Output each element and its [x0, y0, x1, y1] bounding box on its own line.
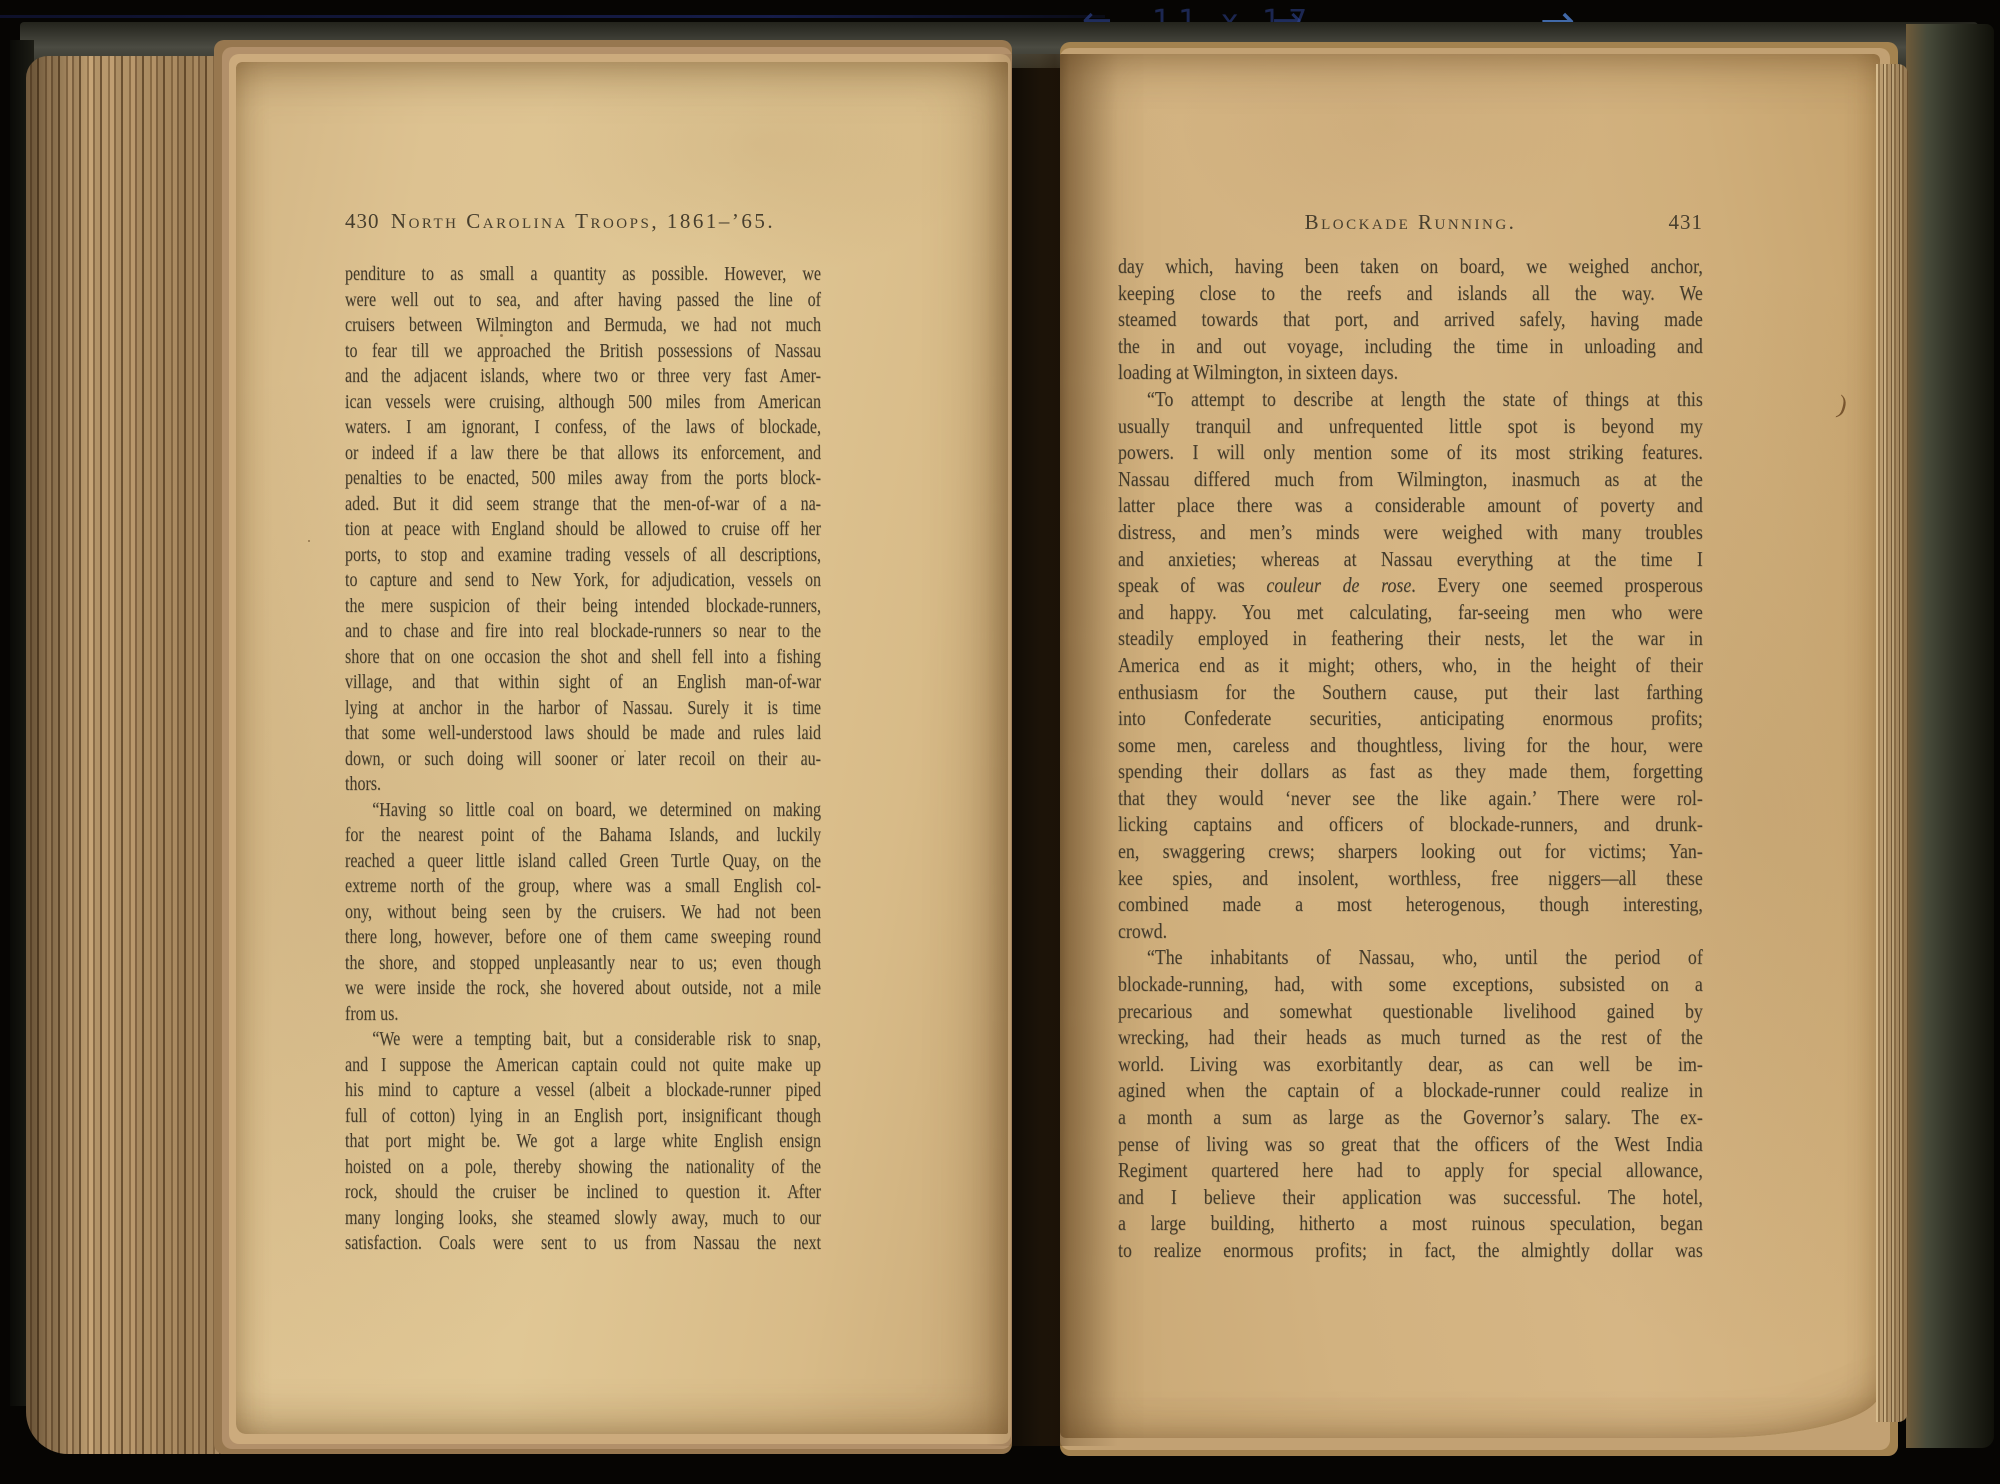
text-line: combined made a most heterogenous, thoug… [1118, 891, 1703, 918]
text-line: into Confederate securities, anticipatin… [1118, 705, 1703, 732]
text-line: latter place there was a considerable am… [1118, 492, 1703, 519]
text-line: ican vessels were cruising, although 500… [345, 390, 821, 416]
paper-speck [796, 1190, 799, 1193]
text-line: a large building, hitherto a most ruinou… [1118, 1210, 1703, 1237]
text-line: the mere suspicion of their being intend… [345, 594, 821, 620]
text-line: licking captains and officers of blockad… [1118, 811, 1703, 838]
left-page: 430 North Carolina Troops, 1861–’65. pen… [236, 62, 1008, 1434]
page-text: penditure to as small a quantity as poss… [345, 262, 821, 1257]
book-scan: ← 11 x 17 → → 430 North Carolina Troops,… [0, 0, 2000, 1484]
text-line: blockade-running, had, with some excepti… [1118, 971, 1703, 998]
text-line: Regiment quartered here had to apply for… [1118, 1157, 1703, 1184]
paper-speck [500, 334, 503, 337]
text-line: kee spies, and insolent, worthless, free… [1118, 865, 1703, 892]
text-line: steamed towards that port, and arrived s… [1118, 306, 1703, 333]
text-line: and anxieties; whereas at Nassau everyth… [1118, 546, 1703, 573]
text-line: steadily employed in feathering their ne… [1118, 625, 1703, 652]
text-line: extreme north of the group, where was a … [345, 874, 821, 900]
text-line: usually tranquil and unfrequented little… [1118, 413, 1703, 440]
text-line: village, and that within sight of an Eng… [345, 670, 821, 696]
text-line: tion at peace with England should be all… [345, 517, 821, 543]
text-line: rock, should the cruiser be inclined to … [345, 1180, 821, 1206]
text-line: and happy. You met calculating, far-seei… [1118, 599, 1703, 626]
text-line: many longing looks, she steamed slowly a… [345, 1206, 821, 1232]
text-line: wrecking, had their heads as much turned… [1118, 1024, 1703, 1051]
text-line: that port might be. We got a large white… [345, 1129, 821, 1155]
text-line: were well out to sea, and after having p… [345, 288, 821, 314]
page-edges-right [1876, 64, 1908, 1422]
ink-blemish: ) [1835, 389, 1851, 420]
text-line: powers. I will only mention some of its … [1118, 439, 1703, 466]
text-line: from us. [345, 1002, 821, 1028]
text-line: or indeed if a law there be that allows … [345, 441, 821, 467]
text-line: “Having so little coal on board, we dete… [345, 798, 821, 824]
text-line: waters. I am ignorant, I confess, of the… [345, 415, 821, 441]
text-line: lying at anchor in the harbor of Nassau.… [345, 696, 821, 722]
text-line: a month a sum as large as the Governor’s… [1118, 1104, 1703, 1131]
text-line: to realize enormous profits; in fact, th… [1118, 1237, 1703, 1264]
text-line: the in and out voyage, including the tim… [1118, 333, 1703, 360]
text-line: shore that on one occasion the shot and … [345, 645, 821, 671]
text-line: that they would ‘never see the like agai… [1118, 785, 1703, 812]
text-line: and the adjacent islands, where two or t… [345, 364, 821, 390]
text-line: “We were a tempting bait, but a consider… [345, 1027, 821, 1053]
book-cover-right-board [1906, 24, 1994, 1448]
text-line: down, or such doing will sooner or later… [345, 747, 821, 773]
text-line: enthusiasm for the Southern cause, put t… [1118, 679, 1703, 706]
text-line: to fear till we approached the British p… [345, 339, 821, 365]
text-line: cruisers between Wilmington and Bermuda,… [345, 313, 821, 339]
text-line: to capture and send to New York, for adj… [345, 568, 821, 594]
text-line: spending their dollars as fast as they m… [1118, 758, 1703, 785]
text-line: thors. [345, 772, 821, 798]
text-line: crowd. [1118, 918, 1703, 945]
text-line: his mind to capture a vessel (albeit a b… [345, 1078, 821, 1104]
text-line: distress, and men’s minds were weighed w… [1118, 519, 1703, 546]
text-line: some men, careless and thoughtless, livi… [1118, 732, 1703, 759]
paper-speck [624, 750, 626, 752]
running-header-title: North Carolina Troops, 1861–’65. [391, 209, 775, 233]
running-header-title: Blockade Running. [1305, 210, 1517, 234]
text-line: precarious and somewhat questionable liv… [1118, 998, 1703, 1025]
text-line: hoisted on a pole, thereby showing the n… [345, 1155, 821, 1181]
text-line: satisfaction. Coals were sent to us from… [345, 1231, 821, 1257]
running-header-right: Blockade Running. 431 [1118, 210, 1703, 240]
text-line: day which, having been taken on board, w… [1118, 253, 1703, 280]
page-number: 430 [345, 209, 380, 234]
running-header-left: 430 North Carolina Troops, 1861–’65. [345, 209, 821, 239]
text-line: pense of living was so great that the of… [1118, 1131, 1703, 1158]
page-number: 431 [1669, 210, 1704, 235]
text-line: for the nearest point of the Bahama Isla… [345, 823, 821, 849]
text-line: America end as it might; others, who, in… [1118, 652, 1703, 679]
text-line: penditure to as small a quantity as poss… [345, 262, 821, 288]
text-line: there long, however, before one of them … [345, 925, 821, 951]
text-line: that some well-understood laws should be… [345, 721, 821, 747]
text-line: we were inside the rock, she hovered abo… [345, 976, 821, 1002]
text-line: aded. But it did seem strange that the m… [345, 492, 821, 518]
text-line: Nassau differed much from Wilmington, in… [1118, 466, 1703, 493]
text-line: ports, to stop and examine trading vesse… [345, 543, 821, 569]
text-line: reached a queer little island called Gre… [345, 849, 821, 875]
text-line: loading at Wilmington, in sixteen days. [1118, 359, 1703, 386]
page-edges-left [26, 56, 240, 1454]
text-line: speak of was couleur de rose. Every one … [1118, 572, 1703, 599]
text-line: and to chase and fire into real blockade… [345, 619, 821, 645]
text-line: full of cotton) lying in an English port… [345, 1104, 821, 1130]
text-line: and I suppose the American captain could… [345, 1053, 821, 1079]
text-line: agined when the captain of a blockade-ru… [1118, 1077, 1703, 1104]
text-line: world. Living was exorbitantly dear, as … [1118, 1051, 1703, 1078]
page-text: day which, having been taken on board, w… [1118, 253, 1703, 1264]
text-line: penalties to be enacted, 500 miles away … [345, 466, 821, 492]
text-line: and I believe their application was succ… [1118, 1184, 1703, 1211]
text-line: en, swaggering crews; sharpers looking o… [1118, 838, 1703, 865]
scanner-guide-line [0, 15, 1105, 18]
text-line: “To attempt to describe at length the st… [1118, 386, 1703, 413]
paper-speck [668, 1240, 670, 1242]
right-page: Blockade Running. 431 day which, having … [1060, 54, 1880, 1438]
paper-speck [308, 540, 310, 542]
text-line: keeping close to the reefs and islands a… [1118, 280, 1703, 307]
text-line: ony, without being seen by the cruisers.… [345, 900, 821, 926]
text-line: “The inhabitants of Nassau, who, until t… [1118, 944, 1703, 971]
text-line: the shore, and stopped unpleasantly near… [345, 951, 821, 977]
